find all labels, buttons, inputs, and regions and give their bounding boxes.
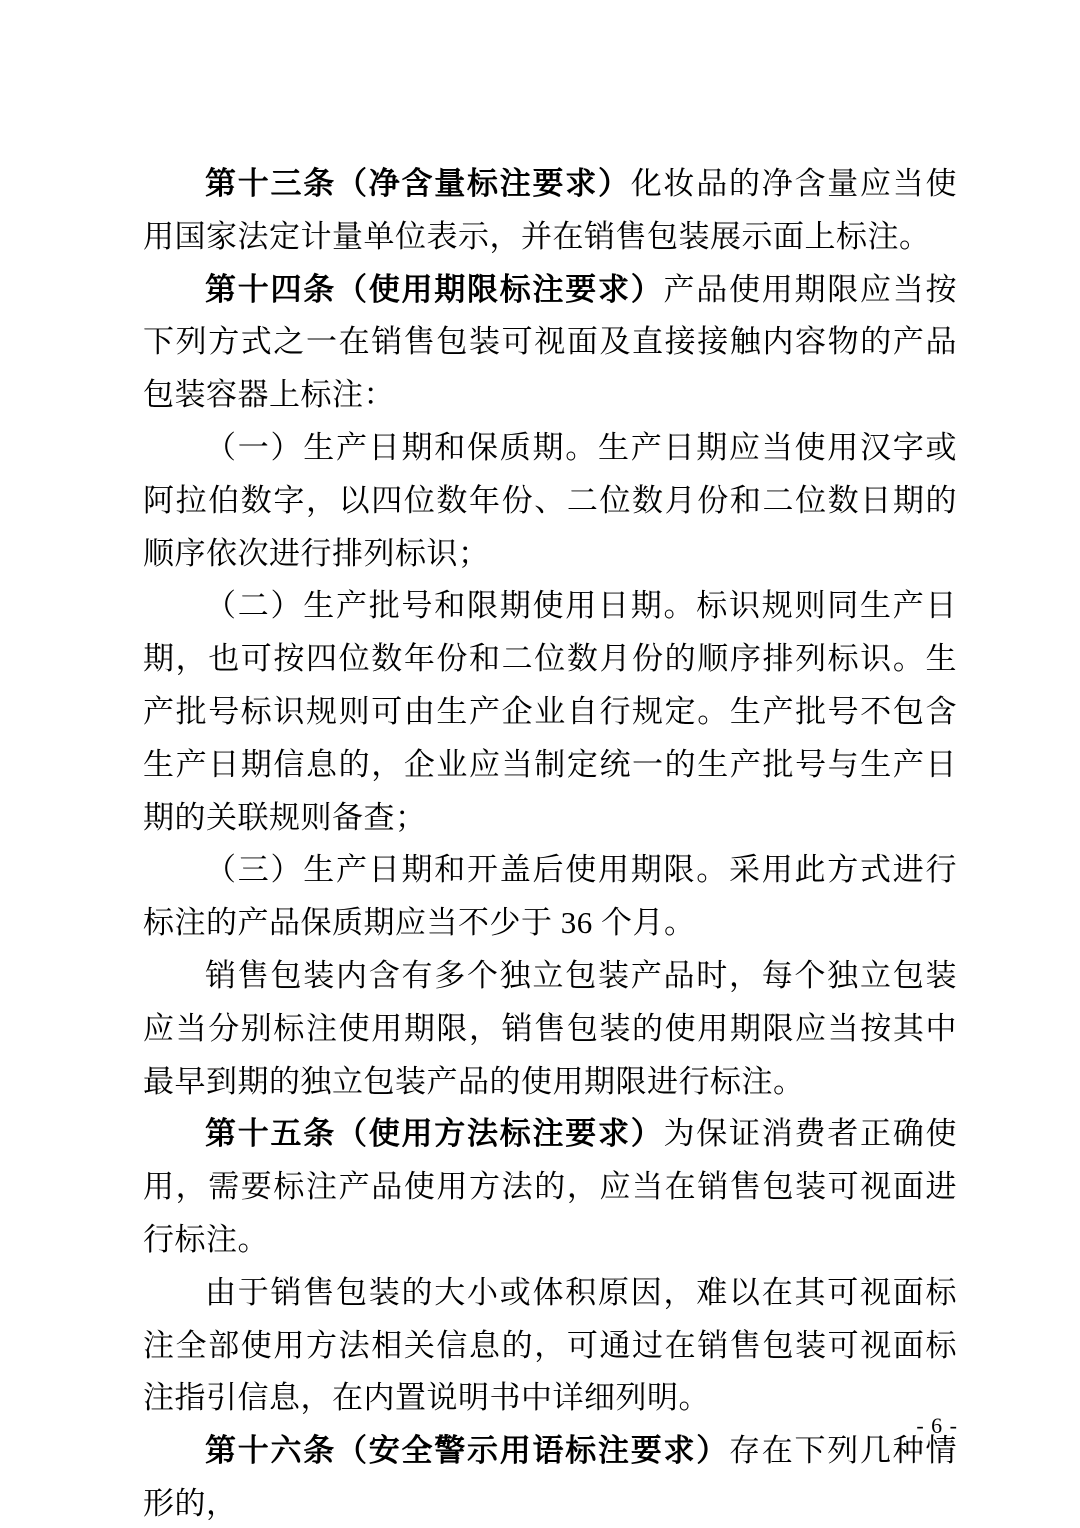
paragraph-text: （三）生产日期和开盖后使用期限。采用此方式进行标注的产品保质期应当不少于 36 …	[143, 852, 957, 940]
paragraph: 由于销售包装的大小或体积原因，难以在其可视面标注全部使用方法相关信息的，可通过在…	[143, 1267, 957, 1425]
page-number: - 6 -	[916, 1412, 958, 1440]
paragraph: 第十六条（安全警示用语标注要求）存在下列几种情形的，	[143, 1425, 957, 1528]
article-heading: 第十三条（净含量标注要求）	[205, 166, 631, 201]
paragraph: 第十四条（使用期限标注要求）产品使用期限应当按下列方式之一在销售包装可视面及直接…	[143, 264, 957, 422]
paragraph: （一）生产日期和保质期。生产日期应当使用汉字或阿拉伯数字，以四位数年份、二位数月…	[143, 422, 957, 580]
paragraph: （三）生产日期和开盖后使用期限。采用此方式进行标注的产品保质期应当不少于 36 …	[143, 844, 957, 950]
paragraph-text: （一）生产日期和保质期。生产日期应当使用汉字或阿拉伯数字，以四位数年份、二位数月…	[143, 430, 957, 571]
paragraph: 第十三条（净含量标注要求）化妆品的净含量应当使用国家法定计量单位表示，并在销售包…	[143, 158, 957, 264]
paragraph: （二）生产批号和限期使用日期。标识规则同生产日期，也可按四位数年份和二位数月份的…	[143, 580, 957, 844]
article-heading: 第十五条（使用方法标注要求）	[205, 1116, 664, 1151]
paragraph: 销售包装内含有多个独立包装产品时，每个独立包装应当分别标注使用期限，销售包装的使…	[143, 950, 957, 1108]
document-page: 第十三条（净含量标注要求）化妆品的净含量应当使用国家法定计量单位表示，并在销售包…	[0, 0, 1080, 1528]
document-body: 第十三条（净含量标注要求）化妆品的净含量应当使用国家法定计量单位表示，并在销售包…	[143, 158, 957, 1528]
paragraph-text: （二）生产批号和限期使用日期。标识规则同生产日期，也可按四位数年份和二位数月份的…	[143, 588, 957, 834]
article-heading: 第十四条（使用期限标注要求）	[205, 272, 664, 307]
paragraph-text: 由于销售包装的大小或体积原因，难以在其可视面标注全部使用方法相关信息的，可通过在…	[143, 1275, 957, 1416]
paragraph-text: 销售包装内含有多个独立包装产品时，每个独立包装应当分别标注使用期限，销售包装的使…	[143, 958, 957, 1099]
article-heading: 第十六条（安全警示用语标注要求）	[205, 1433, 729, 1468]
paragraph: 第十五条（使用方法标注要求）为保证消费者正确使用，需要标注产品使用方法的，应当在…	[143, 1108, 957, 1266]
